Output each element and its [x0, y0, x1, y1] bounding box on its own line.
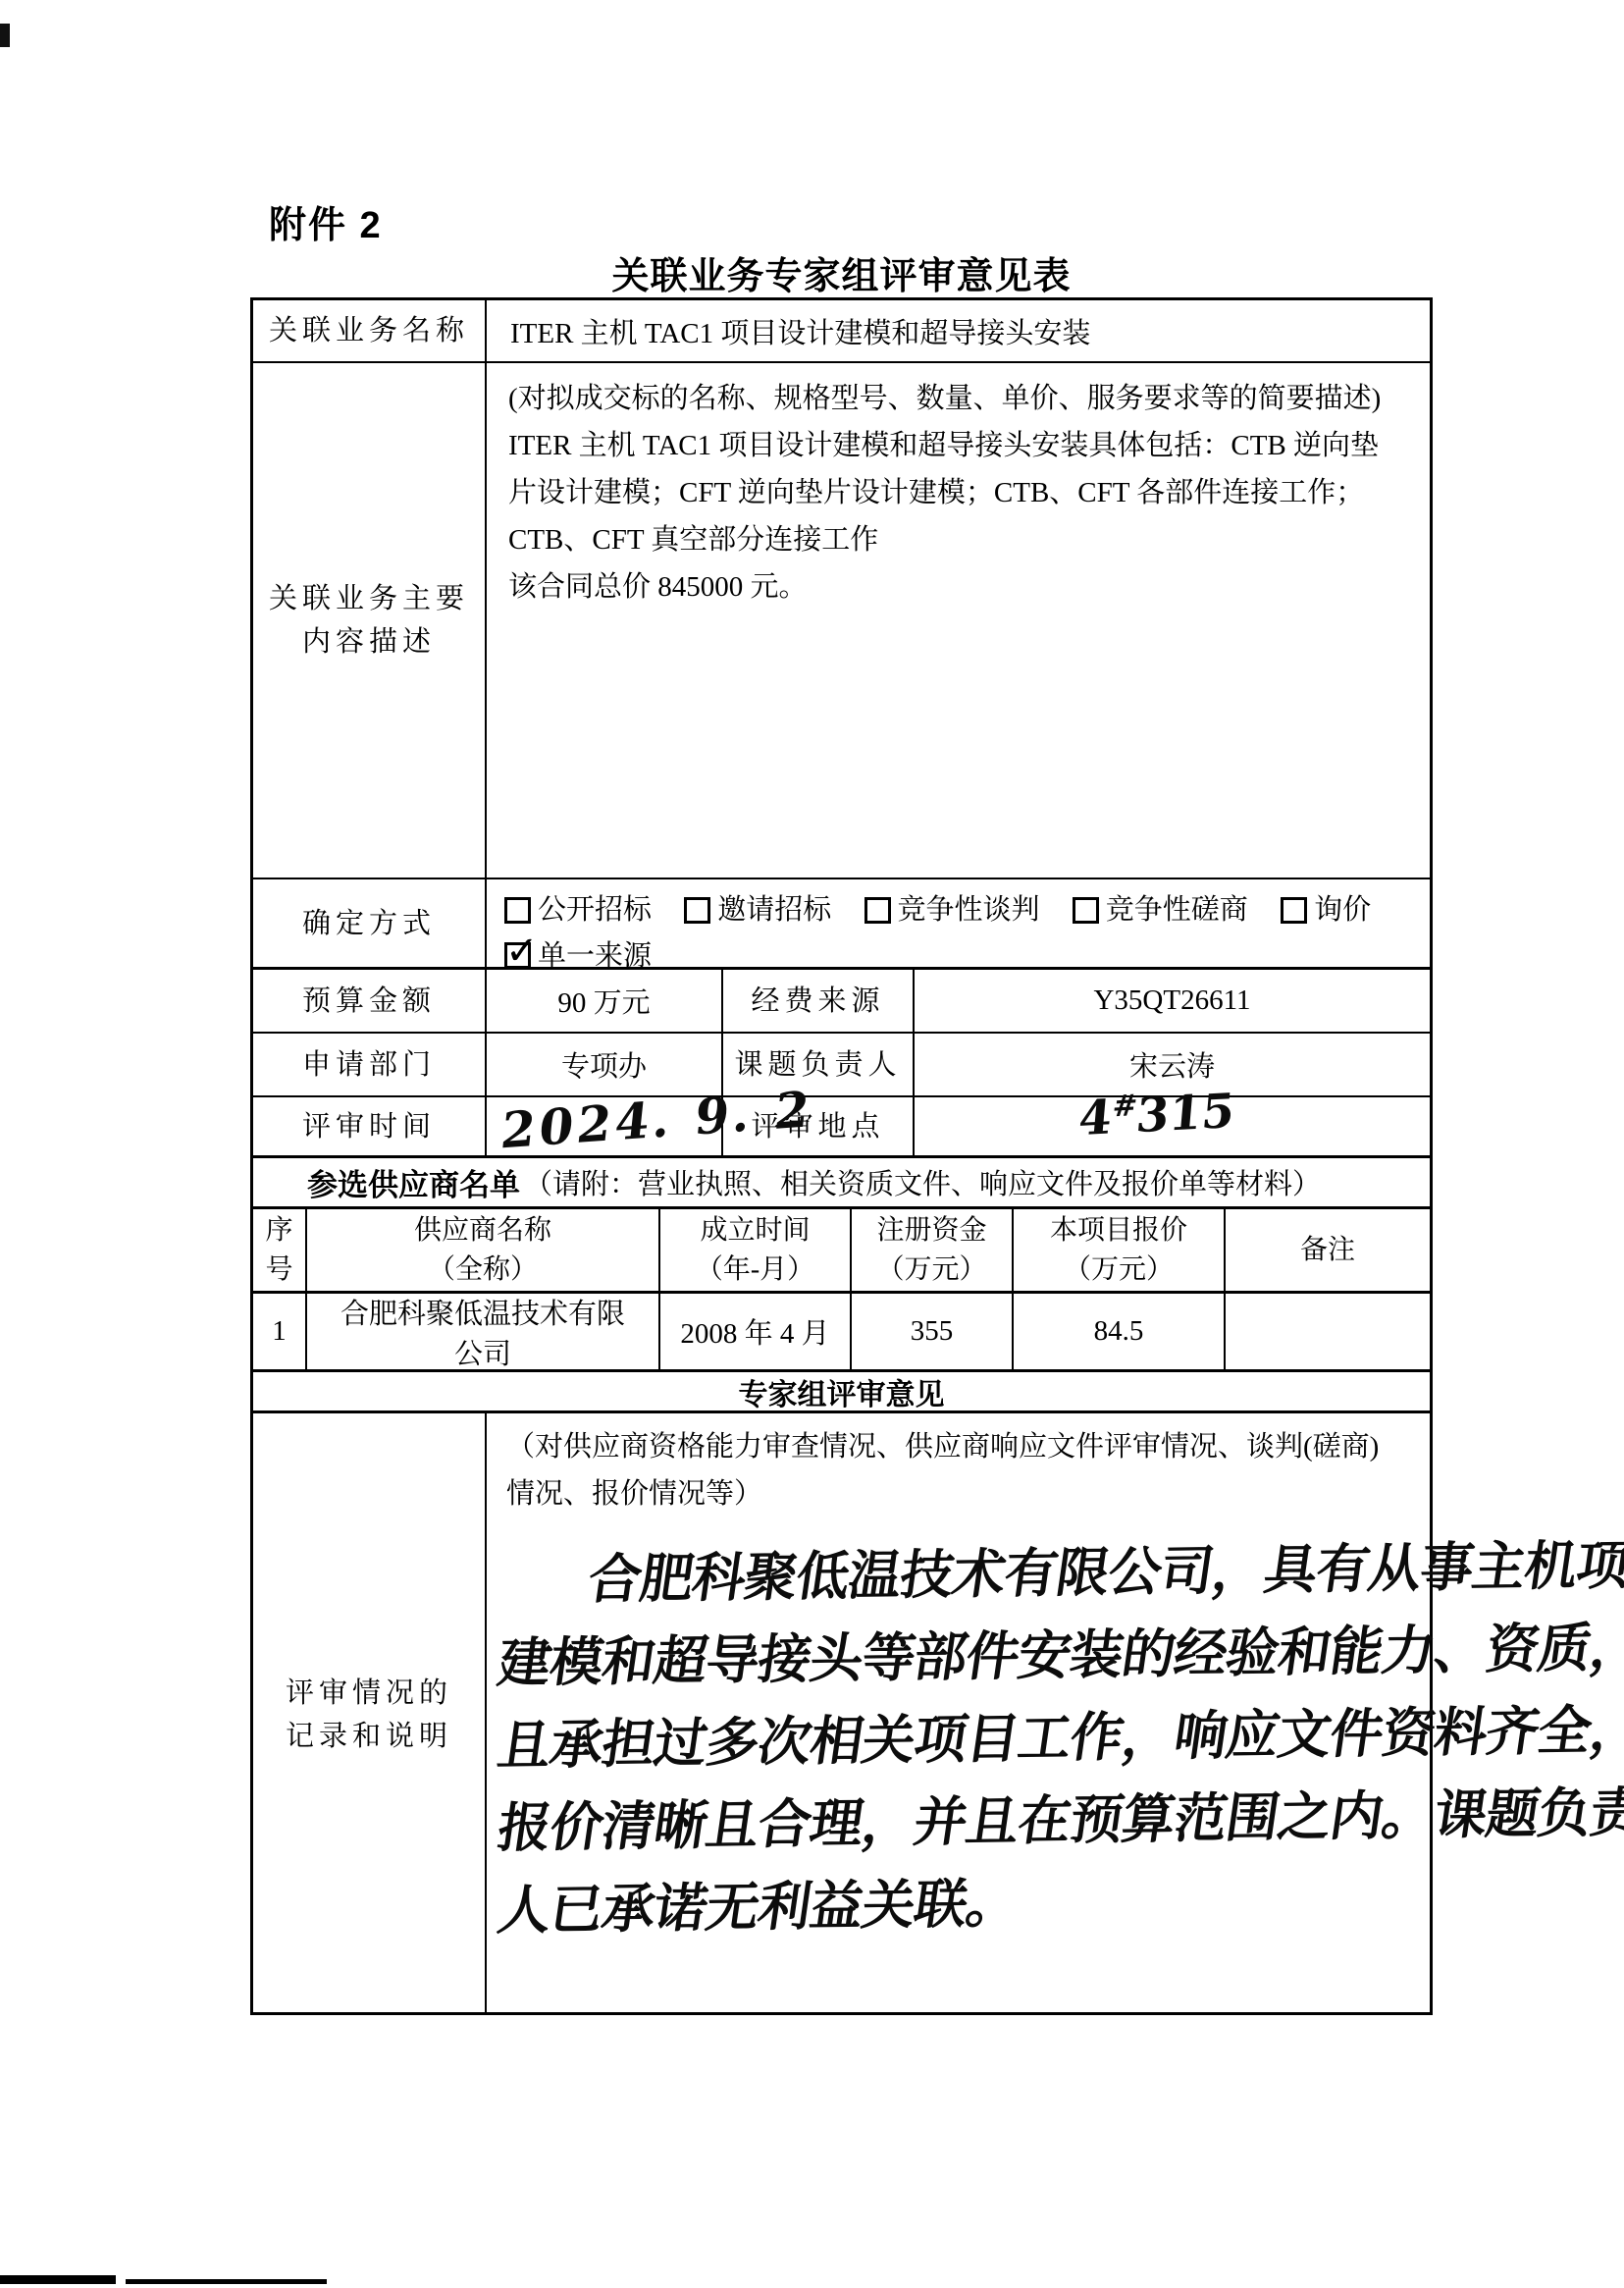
description-text: (对拟成交标的名称、规格型号、数量、单价、服务要求等的简要描述) ITER 主机…: [487, 363, 1430, 611]
supplier-section-heading: 参选供应商名单 （请附：营业执照、相关资质文件、响应文件及报价单等材料）: [253, 1158, 1430, 1206]
handwritten-opinion: 合肥科聚低温技术有限公司，具有从事主机项目设计 建模和超导接头等部件安装的经验和…: [487, 1539, 1624, 1951]
record-content-cell: （对供应商资格能力审查情况、供应商响应文件评审情况、谈判(磋商) 情况、报价情况…: [487, 1413, 1624, 2015]
supplier-serial-number: 1: [253, 1294, 307, 1369]
checkbox-unchecked-icon: [1073, 897, 1099, 924]
supplier-data-row: 1 合肥科聚低温技术有限 公司 2008 年 4 月 355 84.5: [253, 1294, 1430, 1372]
checkbox-label: 公开招标: [538, 889, 652, 931]
supplier-remark: [1226, 1294, 1430, 1369]
table-row: 申请部门 专项办 课题负责人 宋云涛: [253, 1034, 1430, 1097]
checkbox-option-competitive-negotiation: 竞争性谈判: [864, 889, 1040, 931]
header-supplier-name: 供应商名称 （全称）: [307, 1209, 660, 1291]
checkbox-unchecked-icon: [864, 897, 891, 924]
header-remark: 备注: [1226, 1209, 1430, 1291]
table-row: 评审情况的 记录和说明 （对供应商资格能力审查情况、供应商响应文件评审情况、谈判…: [253, 1413, 1430, 2015]
funding-value: Y35QT26611: [915, 970, 1430, 1032]
checkbox-label: 竞争性谈判: [898, 889, 1040, 931]
description-line: 该合同总价 845000 元。: [508, 563, 1410, 611]
handwritten-review-place: 4#315: [1076, 1084, 1236, 1147]
department-value: 专项办: [487, 1034, 723, 1095]
method-options: 公开招标 邀请招标 竞争性谈判 竞争性磋商: [487, 879, 1430, 981]
table-row: 确定方式 公开招标 邀请招标 竞争性谈判: [253, 879, 1430, 970]
method-options-line1: 公开招标 邀请招标 竞争性谈判 竞争性磋商: [504, 889, 1430, 935]
header-registered-capital: 注册资金 （万元）: [852, 1209, 1014, 1291]
checkbox-label: 询价: [1314, 889, 1371, 931]
description-label-line2: 内容描述: [302, 620, 436, 664]
page-title: 关联业务专家组评审意见表: [250, 245, 1433, 299]
header-serial-number: 序 号: [253, 1209, 307, 1291]
table-row: 评审时间 2024. 9. 2 评审地点 4#315: [253, 1097, 1430, 1158]
record-label-line1: 评审情况的: [286, 1672, 452, 1715]
scan-artifact-bottom-left: [126, 2279, 327, 2284]
description-line: CTB、CFT 真空部分连接工作: [508, 516, 1410, 563]
header-founded-date: 成立时间 （年-月）: [660, 1209, 852, 1291]
checkbox-label: 竞争性磋商: [1106, 889, 1248, 931]
table-row: 预算金额 90 万元 经费来源 Y35QT26611: [253, 970, 1430, 1034]
record-hint: （对供应商资格能力审查情况、供应商响应文件评审情况、谈判(磋商) 情况、报价情况…: [487, 1413, 1624, 1517]
handwritten-line: 且承担过多次相关项目工作，响应文件资料齐全，: [493, 1686, 1624, 1786]
scan-artifact-top-left: [0, 24, 10, 47]
record-hint-line1: （对供应商资格能力审查情况、供应商响应文件评审情况、谈判(磋商): [506, 1423, 1624, 1470]
method-label: 确定方式: [253, 879, 487, 967]
checkbox-option-competitive-consultation: 竞争性磋商: [1073, 889, 1248, 931]
checkbox-unchecked-icon: [684, 897, 710, 924]
scanned-document-page: 附件 2 关联业务专家组评审意见表 关联业务名称 ITER 主机 TAC1 项目…: [0, 0, 1624, 2288]
funding-label: 经费来源: [723, 970, 915, 1032]
record-hint-line2: 情况、报价情况等）: [506, 1470, 1624, 1517]
supplier-name: 合肥科聚低温技术有限 公司: [307, 1294, 660, 1369]
description-label-line1: 关联业务主要: [269, 577, 469, 620]
budget-value: 90 万元: [487, 970, 723, 1032]
description-label: 关联业务主要 内容描述: [253, 363, 487, 878]
department-label: 申请部门: [253, 1034, 487, 1095]
checkbox-option-open-tender: 公开招标: [504, 889, 652, 931]
description-hint: (对拟成交标的名称、规格型号、数量、单价、服务要求等的简要描述): [508, 375, 1410, 422]
table-row: 专家组评审意见: [253, 1372, 1430, 1413]
review-time-value-cell: 2024. 9. 2: [487, 1097, 723, 1155]
handwritten-line: 人已承诺无利益关联。: [493, 1851, 1624, 1951]
scan-artifact-bottom-left: [0, 2275, 116, 2284]
business-name-value: ITER 主机 TAC1 项目设计建模和超导接头安装: [487, 300, 1430, 361]
business-name-label: 关联业务名称: [253, 300, 487, 361]
handwritten-line: 报价清晰且合理，并且在预算范围之内。课题负责: [493, 1769, 1624, 1869]
record-label-line2: 记录和说明: [286, 1715, 452, 1758]
handwritten-line: 合肥科聚低温技术有限公司，具有从事主机项目设计: [493, 1521, 1624, 1622]
supplier-founded-date: 2008 年 4 月: [660, 1294, 852, 1369]
checkbox-checked-icon: ✓: [504, 942, 531, 969]
supplier-section-title: 参选供应商名单: [307, 1160, 520, 1204]
handwritten-line: 建模和超导接头等部件安装的经验和能力、资质，: [493, 1604, 1624, 1704]
checkbox-label: 邀请招标: [717, 889, 831, 931]
attachment-label: 附件 2: [269, 194, 383, 248]
supplier-project-quote: 84.5: [1014, 1294, 1226, 1369]
description-line: ITER 主机 TAC1 项目设计建模和超导接头安装具体包括：CTB 逆向垫: [508, 422, 1410, 469]
checkbox-unchecked-icon: [1281, 897, 1307, 924]
supplier-section-note: （请附：营业执照、相关资质文件、响应文件及报价单等材料）: [524, 1162, 1321, 1202]
header-project-quote: 本项目报价 （万元）: [1014, 1209, 1226, 1291]
table-row: 参选供应商名单 （请附：营业执照、相关资质文件、响应文件及报价单等材料）: [253, 1158, 1430, 1209]
checkbox-option-inquiry: 询价: [1281, 889, 1371, 931]
review-place-value-cell: 4#315: [915, 1097, 1430, 1155]
method-options-cell: 公开招标 邀请招标 竞争性谈判 竞争性磋商: [487, 879, 1430, 967]
checkbox-option-invited-tender: 邀请招标: [684, 889, 831, 931]
opinion-section-title: 专家组评审意见: [253, 1372, 1430, 1410]
check-mark-icon: ✓: [505, 931, 539, 971]
table-row: 关联业务名称 ITER 主机 TAC1 项目设计建模和超导接头安装: [253, 300, 1430, 363]
supplier-registered-capital: 355: [852, 1294, 1014, 1369]
description-line: 片设计建模；CFT 逆向垫片设计建模；CTB、CFT 各部件连接工作；: [508, 469, 1410, 516]
description-value-cell: (对拟成交标的名称、规格型号、数量、单价、服务要求等的简要描述) ITER 主机…: [487, 363, 1430, 878]
review-form-table: 关联业务名称 ITER 主机 TAC1 项目设计建模和超导接头安装 关联业务主要…: [250, 297, 1433, 2015]
budget-label: 预算金额: [253, 970, 487, 1032]
supplier-header-row: 序 号 供应商名称 （全称） 成立时间 （年-月） 注册资金 （万元） 本项目报…: [253, 1209, 1430, 1294]
table-row: 关联业务主要 内容描述 (对拟成交标的名称、规格型号、数量、单价、服务要求等的简…: [253, 363, 1430, 879]
review-time-label: 评审时间: [253, 1097, 487, 1155]
record-label: 评审情况的 记录和说明: [253, 1413, 487, 2015]
checkbox-unchecked-icon: [504, 897, 531, 924]
